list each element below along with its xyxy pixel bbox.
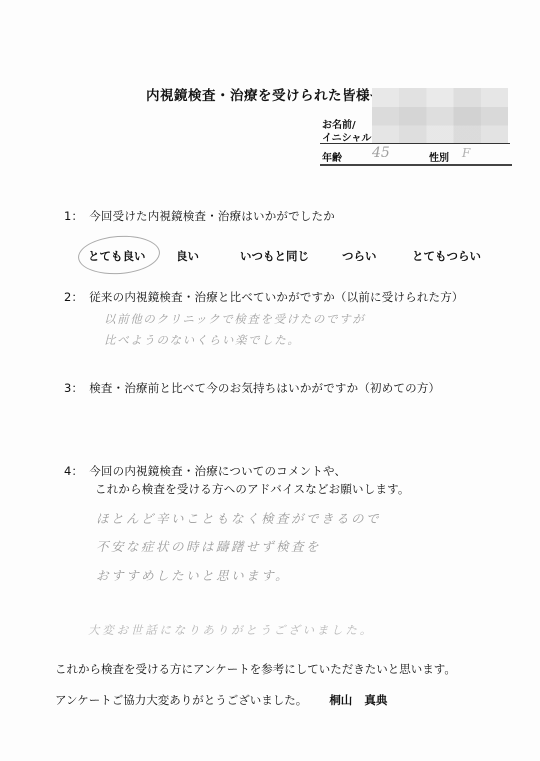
question-1-text: 今回受けた内視鏡検査・治療はいかがでしたか (89, 209, 335, 223)
option-painful[interactable]: つらい (342, 248, 377, 264)
age-sex-underline (320, 164, 512, 166)
option-good[interactable]: 良い (176, 248, 199, 264)
question-4-text-line-1: 今回の内視鏡検査・治療についてのコメントや、 (89, 464, 346, 478)
footer-thanks: アンケートご協力大変ありがとうございました。桐山 真典 (55, 692, 387, 708)
age-label: 年齢 (322, 149, 342, 164)
sex-value: F (462, 146, 470, 160)
document-title: 内視鏡検査・治療を受けられた皆様へ (146, 84, 384, 104)
question-2-text: 従来の内視鏡検査・治療と比べていかがですか（以前に受けられた方） (89, 290, 463, 304)
sex-label: 性別 (429, 149, 449, 164)
answer-2-line-1: 以前他のクリニックで検査を受けたのですが (104, 311, 365, 327)
age-value: 45 (372, 145, 390, 161)
question-4-text-line-2: これから検査を受ける方へのアドバイスなどお願いします。 (95, 481, 410, 497)
redacted-name-area (372, 88, 508, 144)
question-3: 3：検査・治療前と比べて今のお気持ちはいかがですか（初めての方） (64, 380, 440, 396)
option-same-as-usual[interactable]: いつもと同じ (240, 248, 309, 264)
option-very-painful[interactable]: とてもつらい (412, 248, 481, 264)
answer-4-line-3: おすすめしたいと思います。 (96, 566, 290, 584)
answer-2-line-2: 比べようのないくらい楽でした。 (104, 332, 301, 348)
question-1: 1：今回受けた内視鏡検査・治療はいかがでしたか (64, 208, 335, 224)
answer-4-line-2: 不安な症状の時は躊躇せず検査を (96, 537, 321, 555)
question-3-text: 検査・治療前と比べて今のお気持ちはいかがですか（初めての方） (89, 381, 440, 395)
question-4: 4：今回の内視鏡検査・治療についてのコメントや、 (64, 463, 346, 479)
footer-note: これから検査を受ける方にアンケートを参考にしていただきたいと思います。 (55, 661, 456, 677)
option-very-good[interactable]: とても良い (88, 248, 146, 264)
question-2: 2：従来の内視鏡検査・治療と比べていかがですか（以前に受けられた方） (64, 289, 464, 305)
name-underline (320, 143, 510, 144)
answer-4-line-4: 大変お世話になりありがとうございました。 (88, 622, 374, 638)
initials-label: イニシャル (322, 129, 371, 144)
survey-page: 内視鏡検査・治療を受けられた皆様へ お名前/ イニシャル 年齢 45 性別 F … (0, 0, 540, 761)
answer-4-line-1: ほとんど辛いこともなく検査ができるので (96, 509, 381, 527)
signer-name: 桐山 真典 (329, 693, 387, 707)
